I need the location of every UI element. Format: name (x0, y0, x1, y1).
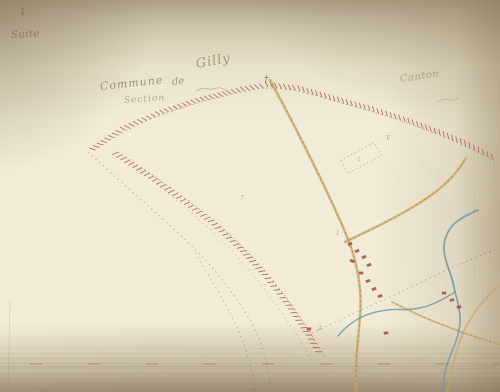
map-title-de: de (171, 76, 184, 88)
cadastral-map-sheet: V7122† 1 Suite Commune de Gilly Section … (0, 0, 500, 392)
sheet-word: Suite (11, 28, 40, 40)
map-drawing: V7122† (0, 0, 500, 392)
svg-text:1: 1 (336, 230, 340, 237)
sheet-number: 1 (20, 8, 26, 18)
svg-text:7: 7 (240, 195, 244, 202)
svg-text:2: 2 (317, 325, 322, 332)
svg-text:2: 2 (356, 156, 362, 163)
svg-text:†: † (264, 75, 269, 85)
svg-text:V: V (386, 135, 391, 142)
